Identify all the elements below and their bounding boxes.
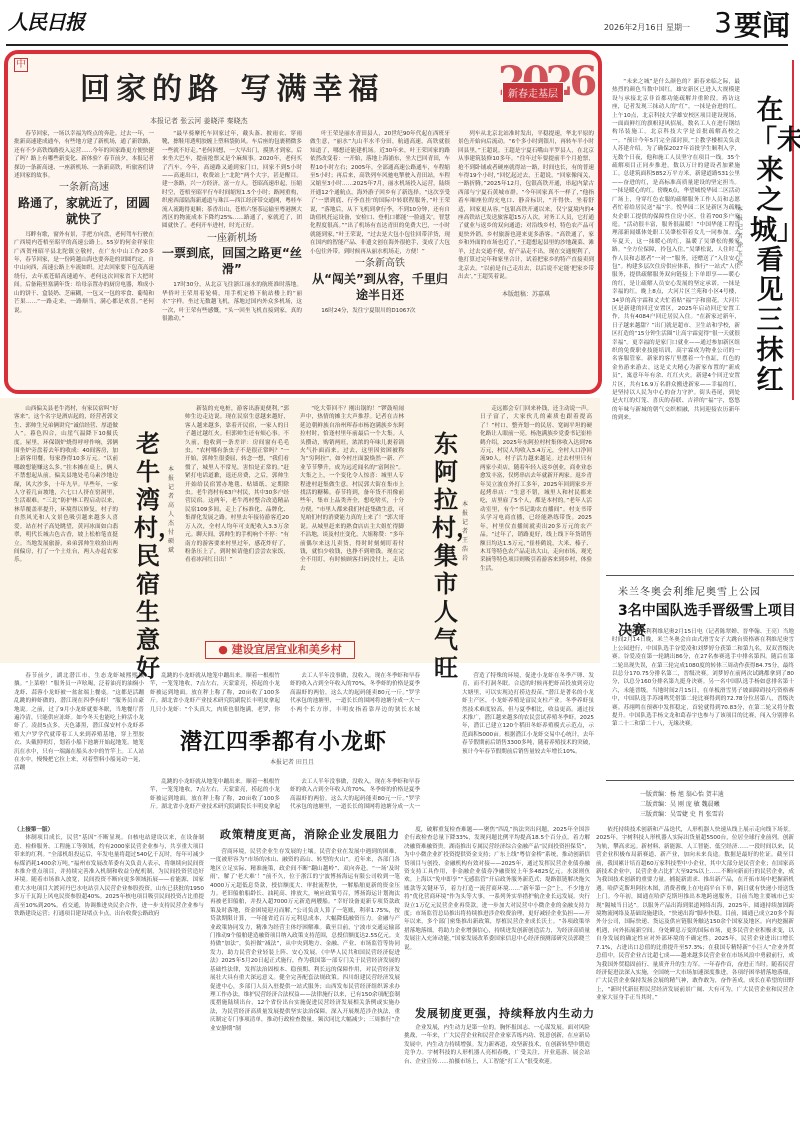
shrimp-text-3: 去工人半年没事做，没收入。现在冬季虾和早春虾的收入占到全年收入的70%，冬季虾的… [290, 672, 420, 712]
laoniuwan-byline: 本报记者 高人杰 付硕斌 [168, 465, 176, 555]
economy-text-3: 度，破解重复检查难题——聚焦“四乱”执法突出问题，2025年全国涉企行政检查总量… [404, 826, 590, 952]
continued-label: （上接第一版） [14, 826, 204, 834]
dongala-byline: 本报记者 王浩岩 [462, 500, 470, 563]
column3-body: 叶王荣是丽水青田县人，20世纪90年代起在西班牙做生意，“丽水”九山半水半分田，… [310, 130, 450, 256]
feature-column-3: 叶王荣是丽水青田县人，20世纪90年代起在西班牙做生意，“丽水”九山半水半分田，… [310, 130, 450, 388]
editor-line: 二版责编：吴 刚 庞 敏 魏晨曦 [640, 800, 724, 810]
dongala-text-2: 走远都会专门回来补钱，还主动说一声。日子富了，大家伙儿的素质也跟着提高了！”村口… [480, 405, 592, 573]
masthead: 人民日报 2026年2月16日 星期一 3 要闻 [0, 0, 800, 48]
economy-text-2: 营商环境，民营企业生存发展的土壤。民营企业在发展中遇到的困难，一度被形容为“市场… [210, 848, 400, 1033]
policy-headline-1: 政策精度更高，消除企业发展阻力 [220, 826, 400, 842]
laoniuwan-column-1: 山西偏关县老牛湾村，有家民宿叫“好客来”。这个名字是酒店起的，经营者郭文生、郭帅… [14, 405, 118, 645]
section3-body: 16时24分，发往宁夏银川的D1067次 [310, 307, 450, 315]
dongala-column-1: “吃大带回不？刚出锅的！”锣鼓喧闹声中，热情的摊主大声推荐。记者在吉林延边朝鲜族… [300, 405, 404, 630]
laoniuwan-text: 山西偏关县老牛湾村，有家民宿叫“好客来”。这个名字是酒店起的，经营者郭文生、郭帅… [14, 405, 118, 565]
right-feature-text: “未来之城”是什么颜色的？新春来临之际，最热烈的颜色当数中国红。雄安新区已进入大… [612, 78, 740, 423]
laoniuwan-text-2: 新装的充电桩，游客出游更便利，”郭帅生边走边说。现在民宿生意越来越好，客人越来越… [185, 405, 289, 565]
column4-body: 列车从北京北站准时发出，平稳提速，华北平原的景色开始向后流动。“6个多小时到银川… [458, 130, 594, 281]
right-feature-body: “未来之城”是什么颜色的？新春来临之际，最热烈的颜色当数中国红。雄安新区已进入大… [612, 78, 740, 568]
newspaper-logo: 人民日报 [8, 6, 84, 35]
laoniuwan-column-2: 新装的充电桩，游客出游更便利，”郭帅生边走边说。现在民宿生意越来越好，客人越来越… [185, 405, 289, 630]
economy-text-3b: 企业发展，内生动力是第一位的。胸怀报国志、一心谋发展。面对风险挑战，一年来，广大… [404, 1024, 590, 1066]
olympic-kicker: 米兰冬奥会利维尼奥雪上公园 [618, 583, 761, 598]
feature-headline: 回家的路 写满幸福 [80, 64, 384, 108]
feature-intro: 春节回家，一场以幸福为终点的奔赴。过去一年，一批新高速建成通车，有些地方建了新机… [14, 130, 154, 180]
olympic-text: 本报意大利利维尼奥2月15日电（记者陈翠婵、晋华翰、王亮）当地时间2月14日晚，… [612, 628, 794, 729]
section2-head: 一票到底，回国之路更“丝滑” [162, 245, 302, 277]
ribbon-label: 建设宜居宜业和美乡村 [232, 643, 342, 656]
section-title: 要闻 [734, 4, 790, 44]
section1-kicker: 一条新高速 [14, 184, 154, 192]
feature-column-4: 列车从北京北站准时发出，平稳提速，华北平原的景色开始向后流动。“6个多小时到银川… [458, 130, 594, 388]
economy-column-3: 度，破解重复检查难题——聚焦“四乱”执法突出问题，2025年全国涉企行政检查总量… [404, 826, 590, 956]
section3-kicker: 一条新高铁 [310, 260, 450, 268]
dongala-column-2: 走远都会专门回来补钱，还主动说一声。日子富了，大家伙儿的素质也跟着提高了！”村口… [480, 405, 592, 650]
shrimp-text-2b: 乱跳的小龙虾就从地笼中蹦出来。顺着一根根竹竿，一笼笼地收，7点左右，天蒙蒙亮，捞… [150, 778, 280, 812]
layout-credit: 本版组稿：苏嘉琪 [458, 291, 594, 299]
feature-column-2: “最早骑摩托车回家过年，戴头盔、披雨衣、穿雨靴，擦鞋用透明胶缠上塑料袋防风。车后… [162, 130, 302, 388]
section2-body: 17时30分，从北京飞往浙江丽水的航班准时落地。华侨叶王荣用着轮椅，用手机定格下… [162, 281, 302, 323]
section1-head: 路通了，家就近了，团圆就快了 [14, 195, 154, 227]
economy-text-4: 依托持续技术创新和产品迭代，人形机器人快速从线上展示走向线下场景。2025年，宇… [596, 826, 794, 1003]
economy-column-3b: 企业发展，内生动力是第一位的。胸怀报国志、一心谋发展。面对风险挑战，一年来，广大… [404, 1024, 590, 1126]
divider [606, 780, 794, 781]
shrimp-column-4: 营造了特殊的环境，促进小龙虾在冬季产卵、发育，而不打洞冬眠。合适的时候再把虾苗投… [462, 672, 594, 812]
economy-column-2: 营商环境，民营企业生存发展的土壤。民营企业在发展中遇到的困难，一度被形容为“市场… [210, 848, 400, 1126]
feature-byline: 本报记者 张云河 姜晓洋 秦晓杰 [150, 116, 248, 126]
shrimp-column-3: 去工人半年没事做，没收入。现在冬季虾和早春虾的收入占到全年收入的70%，冬季虾的… [290, 672, 420, 712]
shrimp-headline: 潜江四季都有小龙虾 [180, 725, 387, 756]
shrimp-text-1: 春节前夕，湖北潜江市，生态龙虾城熙熙攘攘。“上菜啦！”服务员一声吆喝，泛着油亮的… [14, 672, 144, 773]
shrimp-text-2: 乱跳的小龙虾就从地笼中蹦出来。顺着一根根竹竿，一笼笼地收，7点左右，天蒙蒙亮，捞… [150, 672, 280, 712]
editor-line: 一版责编：杨 旭 翁心怡 贺丰迪 [640, 790, 724, 800]
shrimp-text-4: 营造了特殊的环境，促进小龙虾在冬季产卵、发育，而不打洞冬眠。合适的时候再把虾苗投… [462, 672, 594, 756]
economy-text-1: 体制项目成长，民营“基因”不断显现。自核电站建设以来，在设备制造、检修服务、工程… [14, 834, 204, 918]
shrimp-column-1: 春节前夕，湖北潜江市，生态龙虾城熙熙攘攘。“上菜啦！”服务员一声吆喝，泛着油亮的… [14, 672, 144, 810]
column2-body: “最早骑摩托车回家过年，戴头盔、披雨衣、穿雨靴，擦鞋用透明胶缠上塑料袋防风。车后… [162, 130, 302, 231]
rural-revitalization-ribbon: ● 建设宜居宜业和美乡村 [205, 641, 355, 659]
shrimp-byline: 本报记者 田且且 [270, 757, 314, 766]
right-feature-byline: 本报记者 徐玉亮 [737, 205, 745, 268]
editor-credits: 一版责编：杨 旭 翁心怡 贺丰迪 二版责编：吴 刚 庞 敏 魏晨曦 三版责编：吴… [640, 790, 724, 820]
divider [606, 575, 794, 576]
dongala-text: “吃大带回不？刚出锅的！”锣鼓喧闹声中，热情的摊主大声推荐。记者在吉林延边朝鲜族… [300, 405, 404, 573]
economy-column-4: 依托持续技术创新和产品迭代，人形机器人快速从线上展示走向线下场景。2025年，宇… [596, 826, 794, 1126]
masthead-divider [6, 44, 788, 46]
new-year-badge: 2026 新春走基层 [498, 58, 588, 124]
editor-line: 三版责编：吴雪婕 史 肖 张雪岩 [640, 810, 724, 820]
lantern-icon: ● [218, 643, 228, 656]
shrimp-column-3b: 去工人半年没事做，没收入。现在冬季虾和早春虾的收入占到全年收入的70%，冬季虾的… [290, 778, 420, 812]
shrimp-column-2b: 乱跳的小龙虾就从地笼中蹦出来。顺着一根根竹竿，一笼笼地收，7点左右，天蒙蒙亮，捞… [150, 778, 280, 812]
dongala-headline: 东阿拉村，集市人气旺 [432, 430, 460, 682]
laoniuwan-headline: 老牛湾村，民宿生意好 [134, 430, 162, 682]
section2-kicker: 一座新机场 [162, 235, 302, 243]
policy-headline-2: 发展韧度更强，持续释放内生动力 [415, 1005, 595, 1021]
shrimp-text-3b: 去工人半年没事做，没收入。现在冬季虾和早春虾的收入占到全年收入的70%，冬季虾的… [290, 778, 420, 812]
issue-date: 2026年2月16日 星期一 [604, 22, 690, 33]
section3-head: 从“闯关”到从容，千里归途半日还 [310, 271, 450, 303]
ornament-icon: 中 [14, 58, 28, 72]
right-feature-headline: 在「未来之城」看见三抹红 [750, 96, 790, 396]
economy-column-1: （上接第一版） 体制项目成长，民营“基因”不断显现。自核电站建设以来，在设备制造… [14, 826, 204, 1126]
feature-column-1: 春节回家，一场以幸福为终点的奔赴。过去一年，一批新高速建成通车，有些地方建了新机… [14, 130, 154, 388]
page-number: 3 [714, 6, 732, 39]
shrimp-column-2: 乱跳的小龙虾就从地笼中蹦出来。顺着一根根竹竿，一笼笼地收，7点左右，天蒙蒙亮，捞… [150, 672, 280, 712]
olympic-body: 本报意大利利维尼奥2月15日电（记者陈翠婵、晋华翰、王亮）当地时间2月14日晚，… [612, 628, 794, 773]
section1-body: 耳畔有歌，窗外有景，手把方向盘，老何驾车行驶在广西境内苍梧至昭平的高速公路上。5… [14, 231, 154, 315]
badge-label: 新春走基层 [502, 82, 564, 103]
